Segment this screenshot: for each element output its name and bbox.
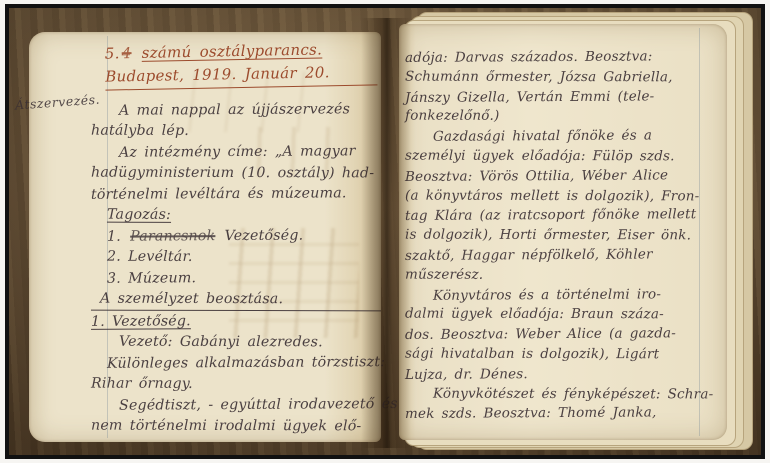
- manuscript-line: hatályba lép.: [91, 121, 381, 143]
- manuscript-line: Vezető: Gabányi alezredes.: [91, 332, 381, 354]
- manuscript-line: mek szds. Beosztva: Thomé Janka,: [405, 403, 723, 425]
- right-page-text: adója: Darvas százados. Beosztva: Schumá…: [405, 48, 723, 424]
- manuscript-line: adója: Darvas százados. Beosztva:: [405, 47, 723, 69]
- manuscript-line: Gazdasági hivatal főnöke és a: [405, 126, 723, 148]
- manuscript-line-underlined: Tagozás:: [91, 205, 381, 227]
- order-title-text: számú osztályparancs.: [141, 40, 322, 61]
- struck-word: Parancsnok: [128, 228, 217, 245]
- manuscript-line-underlined: A személyzet beosztása.: [91, 289, 381, 312]
- manuscript-line: Rihar őrnagy.: [91, 374, 381, 396]
- manuscript-line: hadügyministerium (10. osztály) had-: [91, 163, 381, 185]
- photo-frame: Átszervezés. 5.4 számú osztályparancs. B…: [5, 4, 765, 459]
- manuscript-line: Jánszy Gizella, Vertán Emmi (tele-: [405, 87, 723, 109]
- manuscript-line: történelmi levéltára és múzeuma.: [91, 183, 381, 206]
- manuscript-line: Könyvkötészet és fényképészet: Schra-: [405, 384, 723, 405]
- manuscript-line: Beosztva: Vörös Ottilia, Wéber Alice: [405, 166, 723, 188]
- order-heading: 5.4 számú osztályparancs. Budapest, 1919…: [105, 37, 378, 90]
- struck-character: 4: [120, 44, 134, 62]
- manuscript-line: Lujza, dr. Dénes.: [405, 364, 723, 386]
- manuscript-line: dalmi ügyek előadója: Braun száza-: [405, 305, 723, 326]
- manuscript-line: sági hivatalban is dolgozik), Ligárt: [405, 345, 723, 366]
- manuscript-line-strikethrough: 1. Parancsnok Vezetőség.: [91, 225, 381, 248]
- manuscript-line: 3. Múzeum.: [91, 267, 381, 290]
- manuscript-line: A mai nappal az újjászervezés: [91, 99, 381, 122]
- list-number: 1.: [107, 229, 128, 245]
- manuscript-line: Az intézmény címe: „A magyar: [91, 141, 381, 164]
- manuscript-line: (a könyvtáros mellett is dolgozik), Fron…: [405, 186, 723, 207]
- manuscript-line: dos. Beosztva: Weber Alice (a gazda-: [405, 324, 723, 346]
- order-number: 5.: [105, 44, 120, 62]
- manuscript-line: Segédtiszt, - egyúttal irodavezető és a: [91, 394, 381, 417]
- manuscript-line-underlined: 1. Vezetőség.: [91, 310, 381, 333]
- manuscript-line: Különleges alkalmazásban törzstiszt:: [91, 352, 381, 375]
- order-dateline: Budapest, 1919. Január 20.: [105, 60, 377, 90]
- manuscript-line: fonkezelőnő.): [405, 107, 723, 128]
- manuscript-line: 2. Levéltár.: [91, 247, 381, 269]
- left-page: Átszervezés. 5.4 számú osztályparancs. B…: [29, 32, 381, 442]
- manuscript-line: műszerész.: [405, 265, 723, 286]
- right-page: adója: Darvas százados. Beosztva: Schumá…: [399, 24, 727, 440]
- manuscript-line: is dolgozik), Horti őrmester, Eiser önk.: [405, 226, 723, 247]
- manuscript-line: Könyvtáros és a történelmi iro-: [405, 285, 723, 307]
- list-item-text: Vezetőség.: [217, 228, 303, 245]
- manuscript-line: nem történelmi irodalmi ügyek elő-: [91, 416, 381, 438]
- manuscript-line: személyi ügyek előadója: Fülöp szds.: [405, 147, 723, 168]
- left-page-text: A mai nappal az újjászervezés hatályba l…: [91, 100, 381, 437]
- scanned-notebook-photo: Átszervezés. 5.4 számú osztályparancs. B…: [0, 0, 770, 463]
- manuscript-line: Schumánn őrmester, Józsa Gabriella,: [405, 67, 723, 88]
- manuscript-line: szaktő, Haggar népfölkelő, Köhler: [405, 245, 723, 267]
- manuscript-line: tag Klára (az iratcsoport főnöke mellett: [405, 205, 723, 227]
